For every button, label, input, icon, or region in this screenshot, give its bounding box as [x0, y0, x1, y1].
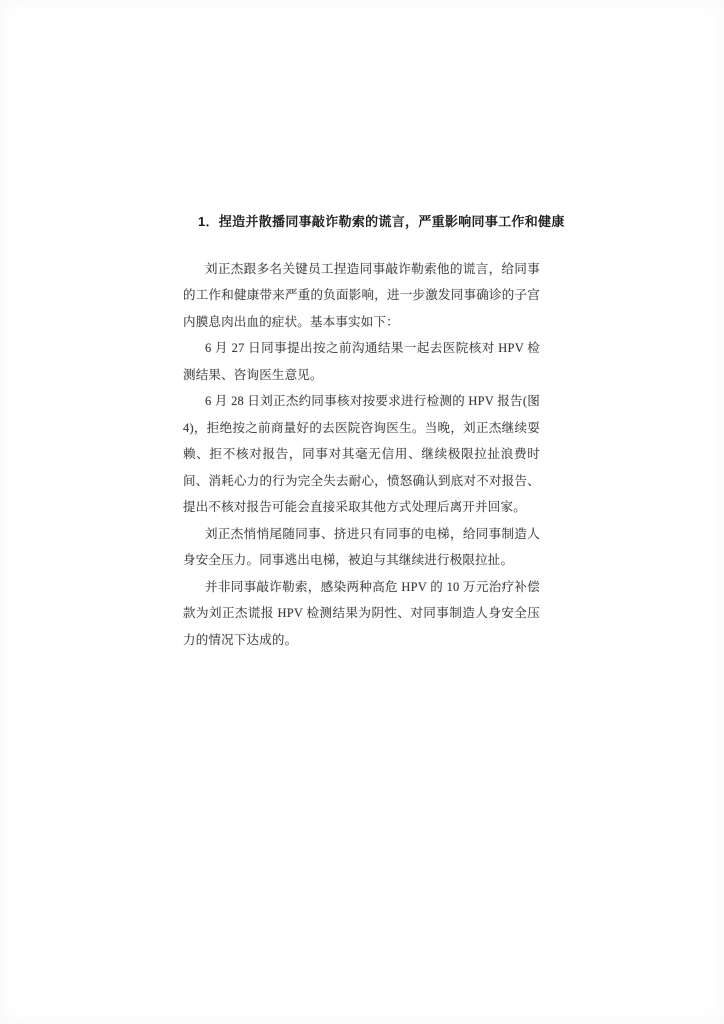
paragraph-list: 刘正杰跟多名关键员工捏造同事敲诈勒索他的谎言，给同事的工作和健康带来严重的负面影…: [183, 256, 540, 654]
paragraph-june-28: 6 月 28 日刘正杰约同事核对按要求进行检测的 HPV 报告(图 4)，拒绝按…: [183, 388, 540, 521]
section-heading: 1．捏造并散播同事敲诈勒索的谎言，严重影响同事工作和健康: [198, 209, 540, 236]
paragraph-compensation: 并非同事敲诈勒索，感染两种高危 HPV 的 10 万元治疗补偿款为刘正杰谎报 H…: [183, 574, 540, 654]
paragraph-overview: 刘正杰跟多名关键员工捏造同事敲诈勒索他的谎言，给同事的工作和健康带来严重的负面影…: [183, 256, 540, 336]
paragraph-june-27: 6 月 27 日同事提出按之前沟通结果一起去医院核对 HPV 检测结果、咨询医生…: [183, 335, 540, 388]
paragraph-elevator: 刘正杰悄悄尾随同事、挤进只有同事的电梯，给同事制造人身安全压力。同事逃出电梯，被…: [183, 521, 540, 574]
document-content: 1．捏造并散播同事敲诈勒索的谎言，严重影响同事工作和健康 刘正杰跟多名关键员工捏…: [183, 209, 540, 653]
document-page: 1．捏造并散播同事敲诈勒索的谎言，严重影响同事工作和健康 刘正杰跟多名关键员工捏…: [0, 0, 724, 1024]
